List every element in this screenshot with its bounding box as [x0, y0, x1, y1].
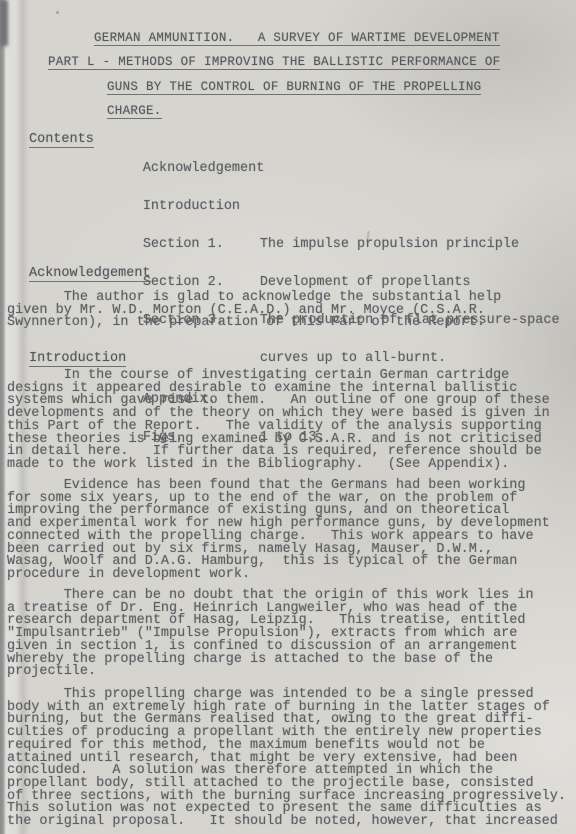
- contents-heading: Contents: [29, 129, 94, 148]
- contents-row-section-1: Section 1.The impulse propulsion princip…: [78, 226, 560, 264]
- intro-paragraph-2: Evidence has been found that the Germans…: [7, 480, 550, 582]
- intro-paragraph-3: There can be no doubt that the origin of…: [7, 590, 534, 679]
- introduction-heading: Introduction: [29, 348, 126, 367]
- acknowledgement-heading: Acknowledgement: [29, 263, 151, 282]
- intro-paragraph-4: This propelling charge was intended to b…: [7, 689, 566, 829]
- scanned-report-page: GERMAN AMMUNITION. A SURVEY OF WARTIME D…: [0, 0, 576, 834]
- report-title-line-1: GERMAN AMMUNITION. A SURVEY OF WARTIME D…: [94, 28, 500, 46]
- contents-row-introduction: Introduction: [78, 188, 560, 226]
- report-title-line-2: PART L - METHODS OF IMPROVING THE BALLIS…: [48, 52, 500, 70]
- intro-paragraph-1: In the course of investigating certain G…: [7, 370, 550, 472]
- report-title-line-4: CHARGE.: [107, 101, 162, 119]
- acknowledgement-paragraph: The author is glad to acknowledge the su…: [7, 292, 501, 330]
- page-content: GERMAN AMMUNITION. A SURVEY OF WARTIME D…: [0, 0, 576, 834]
- contents-row-acknowledgement: Acknowledgement: [78, 150, 560, 188]
- report-title-line-3: GUNS BY THE CONTROL OF BURNING OF THE PR…: [107, 77, 481, 95]
